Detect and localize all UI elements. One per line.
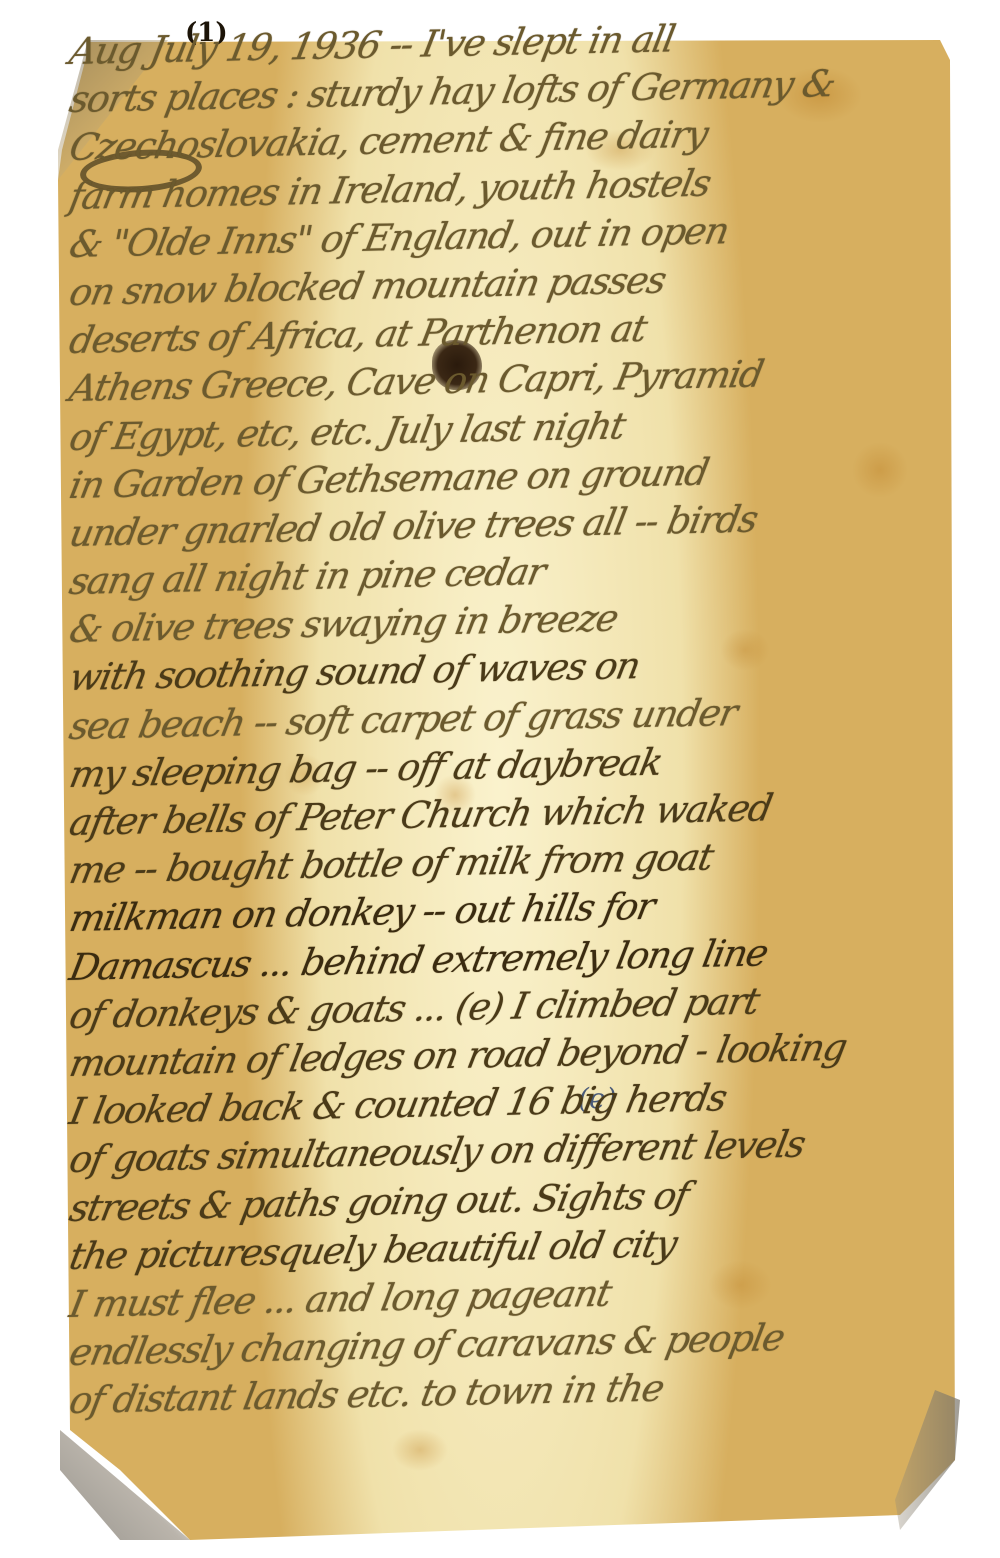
handwritten-text-body: Aug July 19, 1936 -- I've slept in all s… (70, 28, 960, 1425)
